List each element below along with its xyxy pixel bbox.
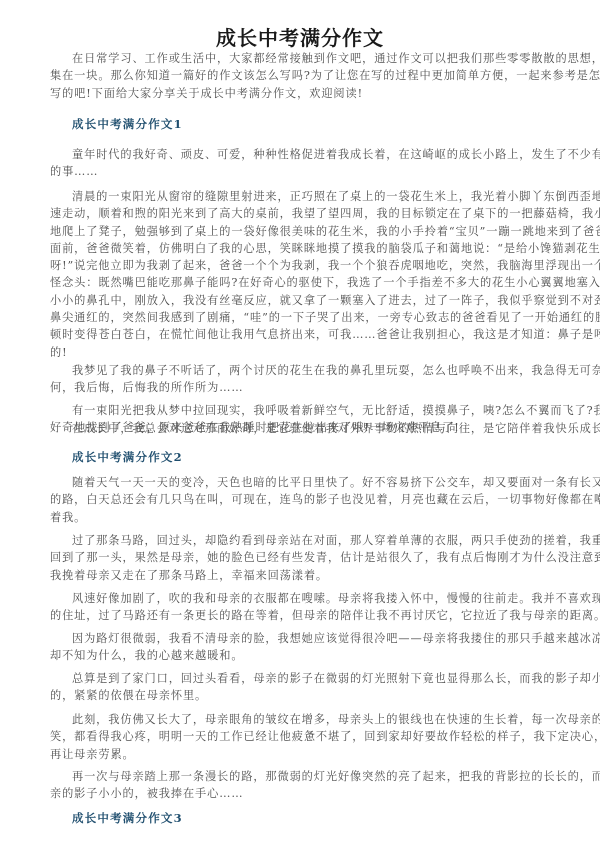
text-line: 过了那条马路，回过头，却隐约看到母亲站在对面，那人穿着单薄的衣服，两只手使劲的搓… (50, 532, 556, 549)
text-line: 的住址，过了马路还有一条更长的路在等着，但母亲的陪伴让我不再讨厌它，它拉近了我与… (50, 607, 556, 624)
document-title: 成长中考满分作文 (0, 22, 600, 51)
text-line: 有一束阳光把我从梦中拉回现实，我呼吸着新鲜空气，无比舒适，摸摸鼻子，咦?怎么不翼… (50, 402, 556, 419)
text-line: 的路，白天总还会有几只鸟在叫，可现在，连鸟的影子也没见着，月亮也藏在云后，一切事… (50, 491, 556, 508)
text-line: 亲的影子小小的，被我捧在手心…… (50, 785, 556, 802)
text-line: 此刻，我仿佛又长大了，母亲眼角的皱纹在增多，母亲头上的银线也在快速的生长着，每一… (50, 711, 556, 728)
paragraph: 风速好像加剧了，吹的我和母亲的衣服都在嗖嗦。母亲将我搂入怀中，慢慢的往前走。我并… (50, 590, 556, 625)
text-line: 风速好像加剧了，吹的我和母亲的衣服都在嗖嗦。母亲将我搂入怀中，慢慢的往前走。我并… (50, 590, 556, 607)
text-line: 我梦见了我的鼻子不听话了，两个讨厌的花生在我的鼻孔里玩耍，怎么也呼唤不出来，我急… (50, 362, 556, 379)
paragraph: 我梦见了我的鼻子不听话了，两个讨厌的花生在我的鼻孔里玩耍，怎么也呼唤不出来，我急… (50, 362, 556, 397)
text-line: 因为路灯很微弱，我看不清母亲的脸，我想她应该觉得很冷吧——母亲将我搂住的那只手越… (50, 630, 556, 647)
essay-heading-1: 成长中考满分作文1 (72, 116, 183, 132)
text-line: 地爬上了凳子，勉强够到了桌上的一袋好像很美味的花生米，我的小手拎着“宝贝”一蹦一… (50, 223, 556, 240)
text-line: 在日常学习、工作或生活中，大家都经常接触到作文吧，通过作文可以把我们那些零零散散… (50, 50, 556, 67)
paragraph: 童年时代的我好奇、顽皮、可爱，种种性格促进着我成长着，在这崎岖的成长小路上，发生… (50, 146, 556, 181)
text-line: 随着天气一天一天的变冷，天色也暗的比平日里快了。好不容易挤下公交车，却又要面对一… (50, 474, 556, 491)
paragraph: 再一次与母亲踏上那一条漫长的路，那微弱的灯光好像突然的亮了起来，把我的背影拉的长… (50, 768, 556, 803)
intro-paragraph: 在日常学习、工作或生活中，大家都经常接触到作文吧，通过作文可以把我们那些零零散散… (50, 50, 556, 102)
text-line: 在成长中，我总会对这对那而好奇，是它驱使着我对外界事物的热情与向往，是它陪伴着我… (50, 420, 556, 437)
text-line: 着我。 (50, 509, 556, 526)
text-line: 面前，爸爸微笑着，仿佛明白了我的心思，笑眯眯地摸了摸我的脑袋瓜子和蔼地说：“是给… (50, 240, 556, 257)
text-line: 顿时变得苍白苍白，在慌忙间他让我用气息挤出来，可我……爸爸让我别担心，我这是才知… (50, 326, 556, 343)
paragraph: 过了那条马路，回过头，却隐约看到母亲站在对面，那人穿着单薄的衣服，两只手使劲的搓… (50, 532, 556, 584)
paragraph: 清晨的一束阳光从窗帘的缝隙里射进来，正巧照在了桌上的一袋花生米上，我光着小脚丫东… (50, 188, 556, 361)
text-line: 何，我后悔，后悔我的所作所为…… (50, 379, 556, 396)
text-line: 的，紧紧的依偎在母亲怀里。 (50, 687, 556, 704)
text-line: 童年时代的我好奇、顽皮、可爱，种种性格促进着我成长着，在这崎岖的成长小路上，发生… (50, 146, 556, 163)
text-line: 的事…… (50, 163, 556, 180)
paragraph: 总算是到了家门口，回过头看看，母亲的影子在微弱的灯光照射下竟也显得那么长，而我的… (50, 670, 556, 705)
text-line: 却不知为什么，我的心越来越暖和。 (50, 647, 556, 664)
text-line: 鼻尖通红的，突然间我感到了剧痛，“哇”的一下子哭了出来，一旁专心致志的爸爸看见了… (50, 309, 556, 326)
paragraph: 随着天气一天一天的变冷，天色也暗的比平日里快了。好不容易挤下公交车，却又要面对一… (50, 474, 556, 526)
text-line: 速走动，顺着和煦的阳光来到了高大的桌前，我望了望四周，我的目标锁定在了桌下的一把… (50, 205, 556, 222)
text-line: 再一次与母亲踏上那一条漫长的路，那微弱的灯光好像突然的亮了起来，把我的背影拉的长… (50, 768, 556, 785)
text-line: 怪念头：既然嘴巴能吃那鼻子能吗?在好奇心的驱使下，我选了一个手指差不多大的花生小… (50, 274, 556, 291)
text-line: 清晨的一束阳光从窗帘的缝隙里射进来，正巧照在了桌上的一袋花生米上，我光着小脚丫东… (50, 188, 556, 205)
paragraph: 在成长中，我总会对这对那而好奇，是它驱使着我对外界事物的热情与向往，是它陪伴着我… (50, 420, 556, 437)
text-line: 小小的鼻孔中，刚放入，我没有丝毫反应，就又拿了一颗塞入了进去，过了一阵子，我似乎… (50, 292, 556, 309)
text-line: 再让母亲劳累。 (50, 746, 556, 763)
paragraph: 此刻，我仿佛又长大了，母亲眼角的皱纹在增多，母亲头上的银线也在快速的生长着，每一… (50, 711, 556, 763)
text-line: 我挽着母亲又走在了那条马路上，幸福来回荡漾着。 (50, 567, 556, 584)
essay-heading-3: 成长中考满分作文3 (72, 810, 183, 826)
text-line: 笑，都看得我心疼，明明一天的工作已经让他疲惫不堪了，回到家却好要故作轻松的样子，… (50, 728, 556, 745)
text-line: 总算是到了家门口，回过头看看，母亲的影子在微弱的灯光照射下竟也显得那么长，而我的… (50, 670, 556, 687)
text-line: 集在一块。那么你知道一篇好的作文该怎么写吗?为了让您在写的过程中更加简单方便，一… (50, 67, 556, 84)
text-line: 的! (50, 344, 556, 361)
essay-heading-2: 成长中考满分作文2 (72, 449, 183, 465)
paragraph: 因为路灯很微弱，我看不清母亲的脸，我想她应该觉得很冷吧——母亲将我搂住的那只手越… (50, 630, 556, 665)
text-line: 写的吧!下面给大家分享关于成长中考满分作文，欢迎阅读! (50, 85, 556, 102)
text-line: 呀!”说完他立即为我剥了起来，爸爸一个个为我剥，我一个个狼吞虎咽地吃，突然，我脑… (50, 257, 556, 274)
text-line: 回到了那一头，果然是母亲，她的脸色已经有些发青，估计是站很久了，我有点后悔刚才为… (50, 549, 556, 566)
